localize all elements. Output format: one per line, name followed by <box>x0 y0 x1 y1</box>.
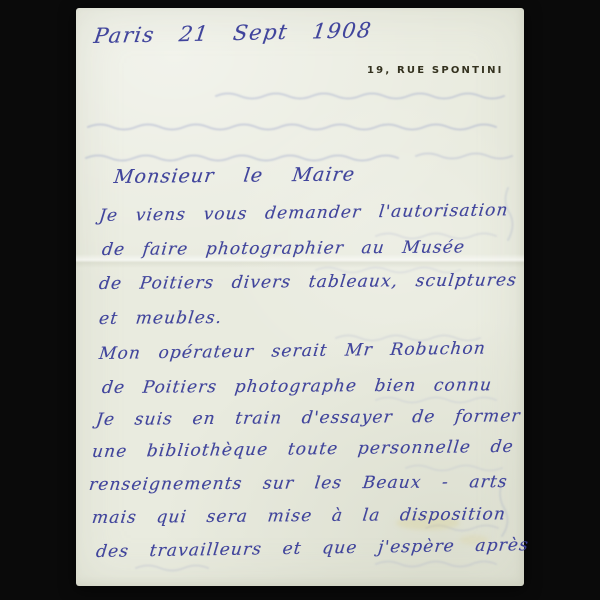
letter-line: de faire photographier au Musée <box>101 237 466 260</box>
letter-line: mais qui sera mise à la disposition <box>91 504 507 528</box>
salutation-line: Monsieur le Maire <box>113 163 357 188</box>
ink-bleedthrough-decoration <box>76 8 524 586</box>
letter-line: renseignements sur les Beaux - arts <box>88 472 509 495</box>
photo-background: Paris 21 Sept 1908 19, RUE SPONTINI Mons… <box>0 0 600 600</box>
letter-line: de Poitiers divers tableaux, sculptures <box>98 270 518 294</box>
letter-paper: Paris 21 Sept 1908 19, RUE SPONTINI Mons… <box>76 8 524 586</box>
letter-line: de Poitiers photographe bien connu <box>101 375 493 398</box>
letterhead-address: 19, RUE SPONTINI <box>367 65 504 76</box>
letter-line: Je suis en train d'essayer de former <box>95 406 522 430</box>
letter-line: et meubles. <box>98 308 223 329</box>
